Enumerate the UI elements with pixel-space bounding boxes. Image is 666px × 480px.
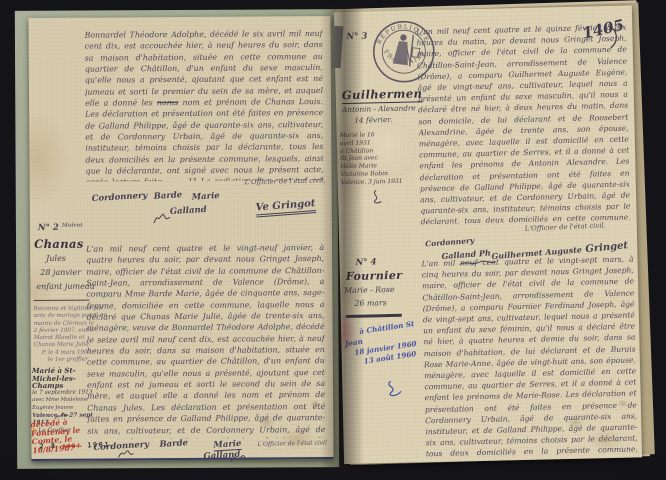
signature-barde-2: Barde (159, 438, 188, 450)
act-entry-2-number: N° 2 Moirot (38, 223, 83, 233)
signature-cordonnery-1: Cordonnery (91, 191, 147, 204)
margin-divider-rule (33, 300, 89, 301)
act-entry-1-text-start: Bonnardel Théodore Adolphe, décédé le si… (85, 29, 323, 108)
signature-cordonnery-3: Cordonnery (425, 236, 475, 249)
act-entry-1-struck-word: noms (157, 98, 178, 107)
officier-line-entry-2: L'Officier de l'état civil (257, 439, 327, 448)
entry-2-pencil-note: Moirot (62, 223, 83, 229)
entry-2-legitimation-note: Reconnu et légitimé par acte de mariage … (33, 306, 93, 365)
stamp-month: AOÛT (62, 444, 81, 450)
entry-4-margin-surname: Fournier (346, 269, 403, 283)
entry-2-margin-date: 28 janvier (40, 268, 81, 277)
act-entry-2-body: L'an mil neuf cent quatre et le vingt-ne… (86, 242, 325, 440)
legitimation-line: Chanas Marie Julie. (34, 342, 94, 350)
margin-paraph (368, 189, 384, 205)
entry-2-number-text: N° 2 (38, 223, 59, 233)
entry-4-margin-firstnames: Marie - Rose (344, 285, 394, 295)
entry-2-margin-surname: Chanas (34, 237, 84, 251)
signature-marie-1: Marie (191, 191, 220, 203)
entry-3-marriage-note: Marié le 16 avril 1931 à Châtillon St Je… (340, 130, 421, 186)
stamp-day: 2 8 (39, 442, 56, 450)
act-entry-4-body: L'an mil neuf cent quatre et le vingt-se… (421, 254, 637, 459)
legitimation-line: acte de mariage passé en (34, 313, 94, 321)
register-scan: Bonnardel Théodore Adolphe, décédé le si… (0, 0, 666, 480)
act-entry-4-number: N° 4 (355, 257, 376, 267)
act-entry-1-body: Bonnardel Théodore Adolphe, décédé le si… (85, 28, 324, 182)
signature-paraph (115, 447, 135, 459)
signature-paraph (227, 451, 251, 465)
entry-4-blue-note: à Châtillon St Jean 18 janvier 1960 13 a… (343, 317, 432, 369)
signature-gringot-1: Ve Gringot (255, 198, 316, 218)
page-left: Bonnardel Théodore Adolphe, décédé le si… (28, 16, 333, 461)
page-right: 1405 N° 3 RÉPUBLIQUE FRANÇAISE (334, 5, 642, 464)
officier-line-entry-3: L'Officier de l'état civil. (525, 221, 606, 232)
officier-line-entry-1: L'Officier de l'état civil, (245, 176, 326, 186)
act-entry-3-number: N° 3 (346, 31, 367, 41)
entry-3-margin-firstnames: Antonin - Alexandre (342, 103, 416, 114)
entry-3-margin-date: 14 février. (354, 115, 392, 125)
signature-barde-1: Barde (153, 190, 182, 202)
blue-note-paraph (379, 377, 406, 401)
entry-4-margin-date: 26 mars (354, 298, 386, 308)
entry-2-margin-firstname: Jules (46, 254, 66, 263)
entry-3-margin-surname: Guilhermen (342, 86, 423, 104)
act-entry-1-text-end: nom et prénom de Chanas Louis. Les décla… (85, 97, 323, 182)
signature-galland-1: Galland (170, 205, 207, 217)
signature-paraph (150, 209, 172, 225)
marriage-line: Valence, 3 juin 1931 (341, 177, 421, 187)
act-entry-3-body: L'an mil neuf cent quatre et le quinze f… (416, 22, 630, 225)
